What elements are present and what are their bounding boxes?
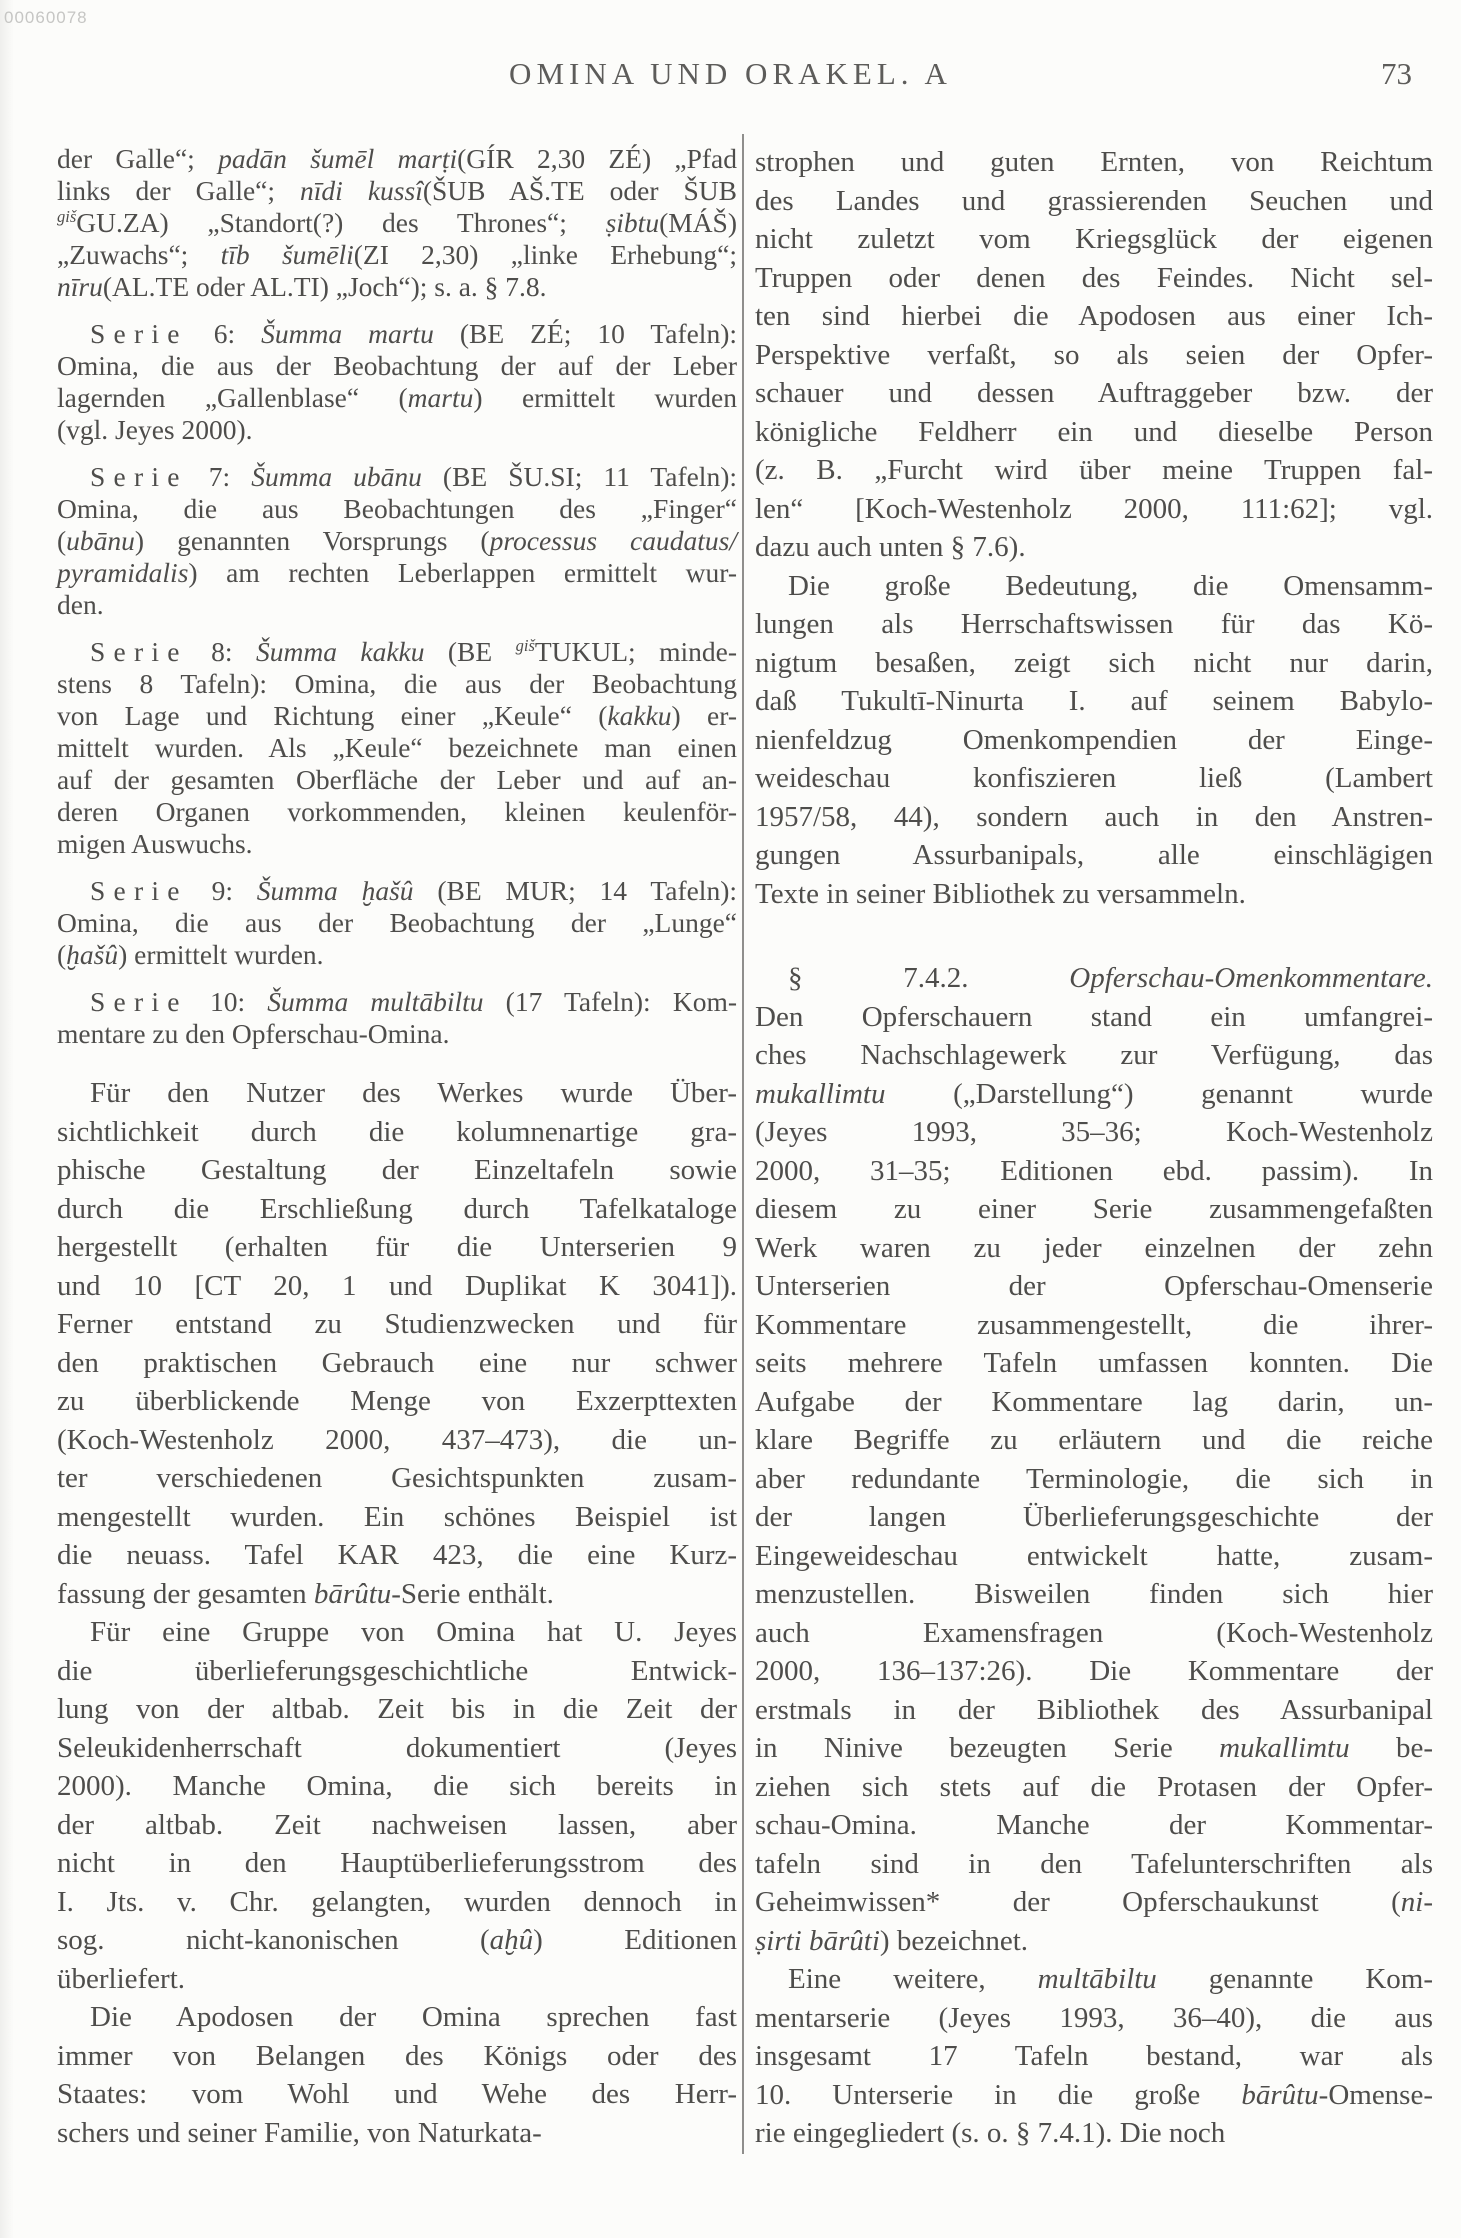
- text-line: durch die Erschließung durch Tafelkatalo…: [57, 1190, 737, 1229]
- text-segment: rie eingegliedert (s. o. § 7.4.1). Die n…: [755, 2117, 1225, 2149]
- text-segment: (: [57, 939, 66, 970]
- text-segment: len“ [Koch-Westenholz 2000, 111:62]; vgl…: [755, 493, 1433, 525]
- text-line: Serie 8: Šumma kakku (BE gišTUKUL; minde…: [57, 636, 737, 668]
- text-segment: Die Apodosen der Omina sprechen fast: [90, 2001, 737, 2033]
- text-line: Aufgabe der Kommentare lag darin, un-: [755, 1383, 1433, 1422]
- text-segment: in Ninive bezeugten Serie: [755, 1732, 1219, 1764]
- text-line: mittelt wurden. Als „Keule“ bezeichnete …: [57, 732, 737, 764]
- text-segment: des Landes und grassierenden Seuchen und: [755, 185, 1433, 217]
- text-line: nicht zuletzt vom Kriegsglück der eigene…: [755, 220, 1433, 259]
- text-segment: Serie: [90, 875, 188, 906]
- text-segment: (MÁŠ): [659, 207, 737, 238]
- text-segment: 6:: [188, 318, 261, 349]
- text-line: Omina, die aus der Beobachtung der „Lung…: [57, 907, 737, 939]
- text-segment: lagernden „Gallenblase“ (: [57, 382, 408, 413]
- text-segment: diesem zu einer Serie zusammengefaßten: [755, 1193, 1433, 1225]
- text-line: (Jeyes 1993, 35–36; Koch-Westenholz: [755, 1113, 1433, 1152]
- text-segment: ) er-: [672, 700, 737, 731]
- text-segment: immer von Belangen des Königs oder des: [57, 2040, 737, 2072]
- text-line: strophen und guten Ernten, von Reichtum: [755, 143, 1433, 182]
- text-segment: mentare zu den Opferschau-Omina.: [57, 1018, 449, 1049]
- text-line: überliefert.: [57, 1960, 737, 1999]
- text-segment: Seleukidenherrschaft dokumentiert (Jeyes: [57, 1732, 737, 1764]
- text-segment: 1957/58, 44), sondern auch in den Anstre…: [755, 801, 1433, 833]
- text-segment: Aufgabe der Kommentare lag darin, un-: [755, 1386, 1433, 1418]
- text-segment: Omina, die aus Beobachtungen des „Finger…: [57, 493, 737, 524]
- text-segment: stens 8 Tafeln): Omina, die aus der Beob…: [57, 668, 737, 699]
- text-segment: Opferschau-Omenkommentare.: [1069, 962, 1433, 994]
- text-segment: seits mehrere Tafeln umfassen konnten. D…: [755, 1347, 1433, 1379]
- text-segment: lung von der altbab. Zeit bis in die Zei…: [57, 1693, 737, 1725]
- text-line: lagernden „Gallenblase“ (martu) ermittel…: [57, 382, 737, 414]
- text-line: Die Apodosen der Omina sprechen fast: [57, 1998, 737, 2037]
- text-segment: Ferner entstand zu Studienzwecken und fü…: [57, 1308, 737, 1340]
- paragraph: Die große Bedeutung, die Omensamm-lungen…: [755, 567, 1433, 914]
- paragraph: Serie 7: Šumma ubānu (BE ŠU.SI; 11 Tafel…: [57, 461, 737, 621]
- text-segment: ) genannten Vorsprungs (: [135, 525, 490, 556]
- text-line: Den Opferschauern stand ein umfangrei-: [755, 998, 1433, 1037]
- text-segment: padān šumēl marṭi: [218, 143, 457, 174]
- text-segment: der langen Überlieferungsgeschichte der: [755, 1501, 1433, 1533]
- text-segment: ter verschiedenen Gesichtspunkten zusam-: [57, 1462, 737, 1494]
- text-line: immer von Belangen des Königs oder des: [57, 2037, 737, 2076]
- text-line: Ferner entstand zu Studienzwecken und fü…: [57, 1305, 737, 1344]
- text-line: Geheimwissen* der Opferschaukunst (ni-: [755, 1883, 1433, 1922]
- text-segment: (: [57, 525, 66, 556]
- text-line: Für den Nutzer des Werkes wurde Über-: [57, 1074, 737, 1113]
- page-number: 73: [1381, 56, 1412, 92]
- text-line: Staates: vom Wohl und Wehe des Herr-: [57, 2075, 737, 2114]
- text-line: dazu auch unten § 7.6).: [755, 528, 1433, 567]
- text-line: daß Tukultī-Ninurta I. auf seinem Babylo…: [755, 682, 1433, 721]
- text-segment: Serie: [90, 318, 188, 349]
- text-line: der altbab. Zeit nachweisen lassen, aber: [57, 1806, 737, 1845]
- text-segment: bārûtu: [314, 1578, 391, 1610]
- text-segment: Truppen oder denen des Feindes. Nicht se…: [755, 262, 1433, 294]
- text-segment: 8:: [188, 636, 256, 667]
- text-segment: menzustellen. Bisweilen finden sich hier: [755, 1578, 1433, 1610]
- text-line: Serie 10: Šumma multābiltu (17 Tafeln): …: [57, 986, 737, 1018]
- text-line: tafeln sind in den Tafelunterschriften a…: [755, 1845, 1433, 1884]
- text-segment: Šumma ḫašû: [257, 875, 414, 906]
- text-line: schau-Omina. Manche der Kommentar-: [755, 1806, 1433, 1845]
- text-segment: (BE ŠU.SI; 11 Tafeln):: [422, 461, 737, 492]
- text-segment: -Omense-: [1319, 2079, 1433, 2111]
- text-segment: ziehen sich stets auf die Protasen der O…: [755, 1771, 1433, 1803]
- text-segment: aḫû: [490, 1924, 534, 1956]
- text-segment: auf der gesamten Oberfläche der Leber un…: [57, 764, 737, 795]
- text-segment: ) ermittelt wurden.: [118, 939, 323, 970]
- text-line: (ḫašû) ermittelt wurden.: [57, 939, 737, 971]
- text-line: links der Galle“; nīdi kussî(ŠUB AŠ.TE o…: [57, 175, 737, 207]
- text-line: der langen Überlieferungsgeschichte der: [755, 1498, 1433, 1537]
- text-segment: giš: [516, 636, 535, 655]
- text-segment: ni-: [1401, 1886, 1433, 1918]
- text-segment: dazu auch unten § 7.6).: [755, 531, 1026, 563]
- text-line: von Lage und Richtung einer „Keule“ (kak…: [57, 700, 737, 732]
- text-line: schauer und dessen Auftraggeber bzw. der: [755, 374, 1433, 413]
- text-segment: (BE ZÉ; 10 Tafeln):: [434, 318, 737, 349]
- text-line: auch Examensfragen (Koch-Westenholz: [755, 1614, 1433, 1653]
- text-line: die überlieferungsgeschichtliche Entwick…: [57, 1652, 737, 1691]
- text-segment: 10. Unterserie in die große: [755, 2079, 1241, 2111]
- text-line: Perspektive verfaßt, so als seien der Op…: [755, 336, 1433, 375]
- text-line: Eingeweideschau entwickelt hatte, zusam-: [755, 1537, 1433, 1576]
- text-segment: der Galle“;: [57, 143, 218, 174]
- text-line: Truppen oder denen des Feindes. Nicht se…: [755, 259, 1433, 298]
- paragraph: Eine weitere, multābiltu genannte Kom-me…: [755, 1960, 1433, 2153]
- text-segment: (z. B. „Furcht wird über meine Truppen f…: [755, 454, 1433, 486]
- text-segment: mentarserie (Jeyes 1993, 36–40), die aus: [755, 2002, 1433, 2034]
- paragraph: Die Apodosen der Omina sprechen fastimme…: [57, 1998, 737, 2152]
- text-line: klare Begriffe zu erläutern und die reic…: [755, 1421, 1433, 1460]
- paragraph: Serie 8: Šumma kakku (BE gišTUKUL; minde…: [57, 636, 737, 860]
- text-segment: I. Jts. v. Chr. gelangten, wurden dennoc…: [57, 1886, 737, 1918]
- text-line: den.: [57, 589, 737, 621]
- text-segment: TUKUL; minde-: [535, 636, 737, 667]
- text-segment: be-: [1350, 1732, 1433, 1764]
- text-segment: mukallimtu: [755, 1078, 886, 1110]
- text-segment: GU.ZA) „Standort(?) des Thrones“;: [76, 207, 605, 238]
- text-segment: 10:: [188, 986, 268, 1017]
- text-segment: und 10 [CT 20, 1 und Duplikat K 3041]).: [57, 1270, 737, 1302]
- text-line: in Ninive bezeugten Serie mukallimtu be-: [755, 1729, 1433, 1768]
- text-segment: 9:: [188, 875, 257, 906]
- text-segment: (BE MUR; 14 Tafeln):: [414, 875, 737, 906]
- text-segment: Omina, die aus der Beobachtung der auf d…: [57, 350, 737, 381]
- text-segment: (Koch-Westenholz 2000, 437–473), die un-: [57, 1424, 737, 1456]
- column-divider: [742, 134, 744, 2154]
- text-segment: sog. nicht-kanonischen (: [57, 1924, 490, 1956]
- text-segment: Šumma ubānu: [251, 461, 422, 492]
- text-line: sog. nicht-kanonischen (aḫû) Editionen: [57, 1921, 737, 1960]
- text-segment: hergestellt (erhalten für die Unterserie…: [57, 1231, 737, 1263]
- text-line: I. Jts. v. Chr. gelangten, wurden dennoc…: [57, 1883, 737, 1922]
- text-segment: ḫašû: [66, 939, 118, 970]
- left-column: der Galle“; padān šumēl marṭi(GÍR 2,30 Z…: [57, 143, 737, 2152]
- text-line: gišGU.ZA) „Standort(?) des Thrones“; ṣib…: [57, 207, 737, 239]
- text-line: seits mehrere Tafeln umfassen konnten. D…: [755, 1344, 1433, 1383]
- text-line: fassung der gesamten bārûtu-Serie enthäl…: [57, 1575, 737, 1614]
- text-segment: nigtum besaßen, zeigt sich nicht nur dar…: [755, 647, 1433, 679]
- text-line: die neuass. Tafel KAR 423, die eine Kurz…: [57, 1536, 737, 1575]
- text-line: zu überblickende Menge von Exzerpttexten: [57, 1382, 737, 1421]
- text-line: stens 8 Tafeln): Omina, die aus der Beob…: [57, 668, 737, 700]
- text-segment: deren Organen vorkommenden, kleinen keul…: [57, 796, 737, 827]
- text-line: lungen als Herrschaftswissen für das Kö-: [755, 605, 1433, 644]
- text-segment: phische Gestaltung der Einzeltafeln sowi…: [57, 1154, 737, 1186]
- paragraph: der Galle“; padān šumēl marṭi(GÍR 2,30 Z…: [57, 143, 737, 303]
- text-segment: den.: [57, 589, 104, 620]
- text-line: sichtlichkeit durch die kolumnenartige g…: [57, 1113, 737, 1152]
- text-segment: ten sind hierbei die Apodosen aus einer …: [755, 300, 1433, 332]
- text-segment: mengestellt wurden. Ein schönes Beispiel…: [57, 1501, 737, 1533]
- text-segment: Eine weitere,: [788, 1963, 1038, 1995]
- text-segment: ches Nachschlagewerk zur Verfügung, das: [755, 1039, 1433, 1071]
- text-segment: giš: [57, 207, 76, 226]
- text-segment: Unterserien der Opferschau-Omenserie: [755, 1270, 1433, 1302]
- text-segment: strophen und guten Ernten, von Reichtum: [755, 146, 1433, 178]
- text-segment: fassung der gesamten: [57, 1578, 314, 1610]
- text-segment: Omina, die aus der Beobachtung der „Lung…: [57, 907, 737, 938]
- text-segment: weideschau konfiszieren ließ (Lambert: [755, 762, 1433, 794]
- text-line: Werk waren zu jeder einzelnen der zehn: [755, 1229, 1433, 1268]
- text-segment: Šumma multābiltu: [267, 986, 483, 1017]
- text-segment: nicht zuletzt vom Kriegsglück der eigene…: [755, 223, 1433, 255]
- text-segment: daß Tukultī-Ninurta I. auf seinem Babylo…: [755, 685, 1433, 717]
- text-segment: bārûtu: [1241, 2079, 1318, 2111]
- text-line: schers und seiner Familie, von Naturkata…: [57, 2114, 737, 2153]
- text-segment: migen Auswuchs.: [57, 828, 253, 859]
- text-line: mentare zu den Opferschau-Omina.: [57, 1018, 737, 1050]
- text-line: weideschau konfiszieren ließ (Lambert: [755, 759, 1433, 798]
- paragraph: Serie 6: Šumma martu (BE ZÉ; 10 Tafeln):…: [57, 318, 737, 446]
- text-line: mukallimtu („Darstellung“) genannt wurde: [755, 1075, 1433, 1114]
- text-line: insgesamt 17 Tafeln bestand, war als: [755, 2037, 1433, 2076]
- text-line: 2000, 136–137:26). Die Kommentare der: [755, 1652, 1433, 1691]
- text-segment: schers und seiner Familie, von Naturkata…: [57, 2117, 542, 2149]
- text-segment: lungen als Herrschaftswissen für das Kö-: [755, 608, 1433, 640]
- text-segment: (GÍR 2,30 ZÉ) „Pfad: [457, 143, 737, 174]
- text-segment: mittelt wurden. Als „Keule“ bezeichnete …: [57, 732, 737, 763]
- text-segment: königliche Feldherr ein und dieselbe Per…: [755, 416, 1433, 448]
- text-line: nīru(AL.TE oder AL.TI) „Joch“); s. a. § …: [57, 271, 737, 303]
- text-line: Die große Bedeutung, die Omensamm-: [755, 567, 1433, 606]
- text-line: lung von der altbab. Zeit bis in die Zei…: [57, 1690, 737, 1729]
- text-segment: klare Begriffe zu erläutern und die reic…: [755, 1424, 1433, 1456]
- text-segment: 2000, 136–137:26). Die Kommentare der: [755, 1655, 1433, 1687]
- text-segment: ṣirti bārûti: [755, 1925, 880, 1957]
- text-segment: links der Galle“;: [57, 175, 300, 206]
- text-line: Für eine Gruppe von Omina hat U. Jeyes: [57, 1613, 737, 1652]
- text-line: rie eingegliedert (s. o. § 7.4.1). Die n…: [755, 2114, 1433, 2153]
- text-segment: Für eine Gruppe von Omina hat U. Jeyes: [90, 1616, 737, 1648]
- text-line: Seleukidenherrschaft dokumentiert (Jeyes: [57, 1729, 737, 1768]
- text-segment: (AL.TE oder AL.TI) „Joch“); s. a. § 7.8.: [103, 271, 547, 302]
- text-line: Texte in seiner Bibliothek zu versammeln…: [755, 875, 1433, 914]
- text-segment: (ZI 2,30) „linke Erhebung“;: [354, 239, 737, 270]
- running-title: OMINA UND ORAKEL. A: [509, 56, 952, 92]
- text-line: (Koch-Westenholz 2000, 437–473), die un-: [57, 1421, 737, 1460]
- text-line: Omina, die aus der Beobachtung der auf d…: [57, 350, 737, 382]
- text-segment: Werk waren zu jeder einzelnen der zehn: [755, 1232, 1433, 1264]
- text-segment: 7:: [188, 461, 251, 492]
- text-segment: Geheimwissen* der Opferschaukunst (: [755, 1886, 1401, 1918]
- text-segment: ) am rechten Leberlappen ermittelt wur-: [188, 557, 737, 588]
- text-line: des Landes und grassierenden Seuchen und: [755, 182, 1433, 221]
- text-segment: von Lage und Richtung einer „Keule“ (: [57, 700, 607, 731]
- text-segment: (vgl. Jeyes 2000).: [57, 414, 253, 445]
- text-segment: Staates: vom Wohl und Wehe des Herr-: [57, 2078, 737, 2110]
- text-line: gungen Assurbanipals, alle einschlägigen: [755, 836, 1433, 875]
- text-segment: ) Editionen: [533, 1924, 737, 1956]
- text-segment: der altbab. Zeit nachweisen lassen, aber: [57, 1809, 737, 1841]
- text-segment: die überlieferungsgeschichtliche Entwick…: [57, 1655, 737, 1687]
- text-line: ten sind hierbei die Apodosen aus einer …: [755, 297, 1433, 336]
- text-line: aber redundante Terminologie, die sich i…: [755, 1460, 1433, 1499]
- text-line: len“ [Koch-Westenholz 2000, 111:62]; vgl…: [755, 490, 1433, 529]
- text-line: Serie 6: Šumma martu (BE ZÉ; 10 Tafeln):: [57, 318, 737, 350]
- text-segment: Serie: [90, 461, 188, 492]
- text-segment: schauer und dessen Auftraggeber bzw. der: [755, 377, 1433, 409]
- text-line: pyramidalis) am rechten Leberlappen ermi…: [57, 557, 737, 589]
- text-line: diesem zu einer Serie zusammengefaßten: [755, 1190, 1433, 1229]
- text-segment: erstmals in der Bibliothek des Assurbani…: [755, 1694, 1433, 1726]
- text-segment: Texte in seiner Bibliothek zu versammeln…: [755, 878, 1246, 910]
- text-line: 10. Unterserie in die große bārûtu-Omens…: [755, 2076, 1433, 2115]
- text-line: ziehen sich stets auf die Protasen der O…: [755, 1768, 1433, 1807]
- text-segment: tafeln sind in den Tafelunterschriften a…: [755, 1848, 1433, 1880]
- text-line: 2000, 31–35; Editionen ebd. passim). In: [755, 1152, 1433, 1191]
- right-column: strophen und guten Ernten, von Reichtumd…: [755, 143, 1433, 2153]
- text-line: königliche Feldherr ein und dieselbe Per…: [755, 413, 1433, 452]
- text-line: der Galle“; padān šumēl marṭi(GÍR 2,30 Z…: [57, 143, 737, 175]
- text-line: mentarserie (Jeyes 1993, 36–40), die aus: [755, 1999, 1433, 2038]
- text-segment: sichtlichkeit durch die kolumnenartige g…: [57, 1116, 737, 1148]
- text-segment: Den Opferschauern stand ein umfangrei-: [755, 1001, 1433, 1033]
- text-segment: den praktischen Gebrauch eine nur schwer: [57, 1347, 737, 1379]
- text-segment: Šumma martu: [261, 318, 434, 349]
- text-line: erstmals in der Bibliothek des Assurbani…: [755, 1691, 1433, 1730]
- text-line: Unterserien der Opferschau-Omenserie: [755, 1267, 1433, 1306]
- text-segment: pyramidalis: [57, 557, 188, 588]
- text-segment: (17 Tafeln): Kom-: [484, 986, 738, 1017]
- text-line: nienfeldzug Omenkompendien der Einge-: [755, 721, 1433, 760]
- scan-edge-shadow: [0, 0, 14, 2238]
- text-line: nicht in den Hauptüberlieferungsstrom de…: [57, 1844, 737, 1883]
- text-line: (ubānu) genannten Vorsprungs (processus …: [57, 525, 737, 557]
- text-line: „Zuwachs“; tīb šumēli(ZI 2,30) „linke Er…: [57, 239, 737, 271]
- text-segment: multābiltu: [1038, 1963, 1157, 1995]
- text-segment: auch Examensfragen (Koch-Westenholz: [755, 1617, 1433, 1649]
- text-line: (vgl. Jeyes 2000).: [57, 414, 737, 446]
- text-line: hergestellt (erhalten für die Unterserie…: [57, 1228, 737, 1267]
- text-line: mengestellt wurden. Ein schönes Beispiel…: [57, 1498, 737, 1537]
- text-segment: „Zuwachs“;: [57, 239, 221, 270]
- text-segment: 2000). Manche Omina, die sich bereits in: [57, 1770, 737, 1802]
- text-segment: Perspektive verfaßt, so als seien der Op…: [755, 339, 1433, 371]
- text-line: Kommentare zusammengestellt, die ihrer-: [755, 1306, 1433, 1345]
- text-segment: („Darstellung“) genannt wurde: [886, 1078, 1434, 1110]
- text-segment: aber redundante Terminologie, die sich i…: [755, 1463, 1433, 1495]
- paragraph: strophen und guten Ernten, von Reichtumd…: [755, 143, 1433, 567]
- text-segment: insgesamt 17 Tafeln bestand, war als: [755, 2040, 1433, 2072]
- paragraph: Für den Nutzer des Werkes wurde Über-sic…: [57, 1074, 737, 1613]
- text-segment: Kommentare zusammengestellt, die ihrer-: [755, 1309, 1433, 1341]
- text-line: auf der gesamten Oberfläche der Leber un…: [57, 764, 737, 796]
- text-line: und 10 [CT 20, 1 und Duplikat K 3041]).: [57, 1267, 737, 1306]
- paragraph: Für eine Gruppe von Omina hat U. Jeyesdi…: [57, 1613, 737, 1998]
- text-line: ṣirti bārûti) bezeichnet.: [755, 1922, 1433, 1961]
- text-segment: genannte Kom-: [1157, 1963, 1433, 1995]
- text-line: deren Organen vorkommenden, kleinen keul…: [57, 796, 737, 828]
- text-segment: -Serie enthält.: [391, 1578, 554, 1610]
- text-segment: nicht in den Hauptüberlieferungsstrom de…: [57, 1847, 737, 1879]
- text-segment: kakku: [607, 700, 671, 731]
- text-segment: nienfeldzug Omenkompendien der Einge-: [755, 724, 1433, 756]
- text-line: ches Nachschlagewerk zur Verfügung, das: [755, 1036, 1433, 1075]
- text-segment: Šumma kakku: [256, 636, 425, 667]
- text-line: ter verschiedenen Gesichtspunkten zusam-: [57, 1459, 737, 1498]
- text-line: nigtum besaßen, zeigt sich nicht nur dar…: [755, 644, 1433, 683]
- text-segment: ṣibtu: [606, 207, 659, 238]
- text-segment: ) ermittelt wurden: [473, 382, 737, 413]
- text-line: migen Auswuchs.: [57, 828, 737, 860]
- text-segment: nīru: [57, 271, 103, 302]
- text-line: 1957/58, 44), sondern auch in den Anstre…: [755, 798, 1433, 837]
- text-segment: (ŠUB AŠ.TE oder ŠUB: [423, 175, 737, 206]
- scan-watermark: 00060078: [4, 8, 88, 28]
- text-line: menzustellen. Bisweilen finden sich hier: [755, 1575, 1433, 1614]
- text-line: den praktischen Gebrauch eine nur schwer: [57, 1344, 737, 1383]
- text-segment: Serie: [90, 636, 188, 667]
- paragraph: § 7.4.2. Opferschau-Omenkommentare.Den O…: [755, 959, 1433, 1960]
- text-line: 2000). Manche Omina, die sich bereits in: [57, 1767, 737, 1806]
- text-segment: überliefert.: [57, 1963, 185, 1995]
- text-segment: gungen Assurbanipals, alle einschlägigen: [755, 839, 1433, 871]
- text-segment: die neuass. Tafel KAR 423, die eine Kurz…: [57, 1539, 737, 1571]
- text-segment: mukallimtu: [1219, 1732, 1350, 1764]
- text-segment: durch die Erschließung durch Tafelkatalo…: [57, 1193, 737, 1225]
- text-segment: martu: [408, 382, 474, 413]
- paragraph: Serie 9: Šumma ḫašû (BE MUR; 14 Tafeln):…: [57, 875, 737, 971]
- text-segment: schau-Omina. Manche der Kommentar-: [755, 1809, 1433, 1841]
- text-line: Eine weitere, multābiltu genannte Kom-: [755, 1960, 1433, 1999]
- text-line: phische Gestaltung der Einzeltafeln sowi…: [57, 1151, 737, 1190]
- text-line: Omina, die aus Beobachtungen des „Finger…: [57, 493, 737, 525]
- text-segment: Serie: [90, 986, 188, 1017]
- text-segment: Eingeweideschau entwickelt hatte, zusam-: [755, 1540, 1433, 1572]
- text-line: Serie 9: Šumma ḫašû (BE MUR; 14 Tafeln):: [57, 875, 737, 907]
- text-segment: § 7.4.2.: [788, 962, 1069, 994]
- paragraph: Serie 10: Šumma multābiltu (17 Tafeln): …: [57, 986, 737, 1050]
- text-line: Serie 7: Šumma ubānu (BE ŠU.SI; 11 Tafel…: [57, 461, 737, 493]
- text-segment: nīdi kussî: [300, 175, 423, 206]
- text-segment: (Jeyes 1993, 35–36; Koch-Westenholz: [755, 1116, 1433, 1148]
- text-segment: (BE: [424, 636, 515, 667]
- text-segment: ) bezeichnet.: [880, 1925, 1028, 1957]
- text-segment: tīb šumēli: [221, 239, 354, 270]
- text-segment: Für den Nutzer des Werkes wurde Über-: [90, 1077, 737, 1109]
- text-segment: Die große Bedeutung, die Omensamm-: [788, 570, 1433, 602]
- text-segment: 2000, 31–35; Editionen ebd. passim). In: [755, 1155, 1433, 1187]
- text-line: (z. B. „Furcht wird über meine Truppen f…: [755, 451, 1433, 490]
- text-line: § 7.4.2. Opferschau-Omenkommentare.: [755, 959, 1433, 998]
- text-segment: zu überblickende Menge von Exzerpttexten: [57, 1385, 737, 1417]
- text-segment: processus caudatus/: [490, 525, 737, 556]
- text-segment: ubānu: [66, 525, 135, 556]
